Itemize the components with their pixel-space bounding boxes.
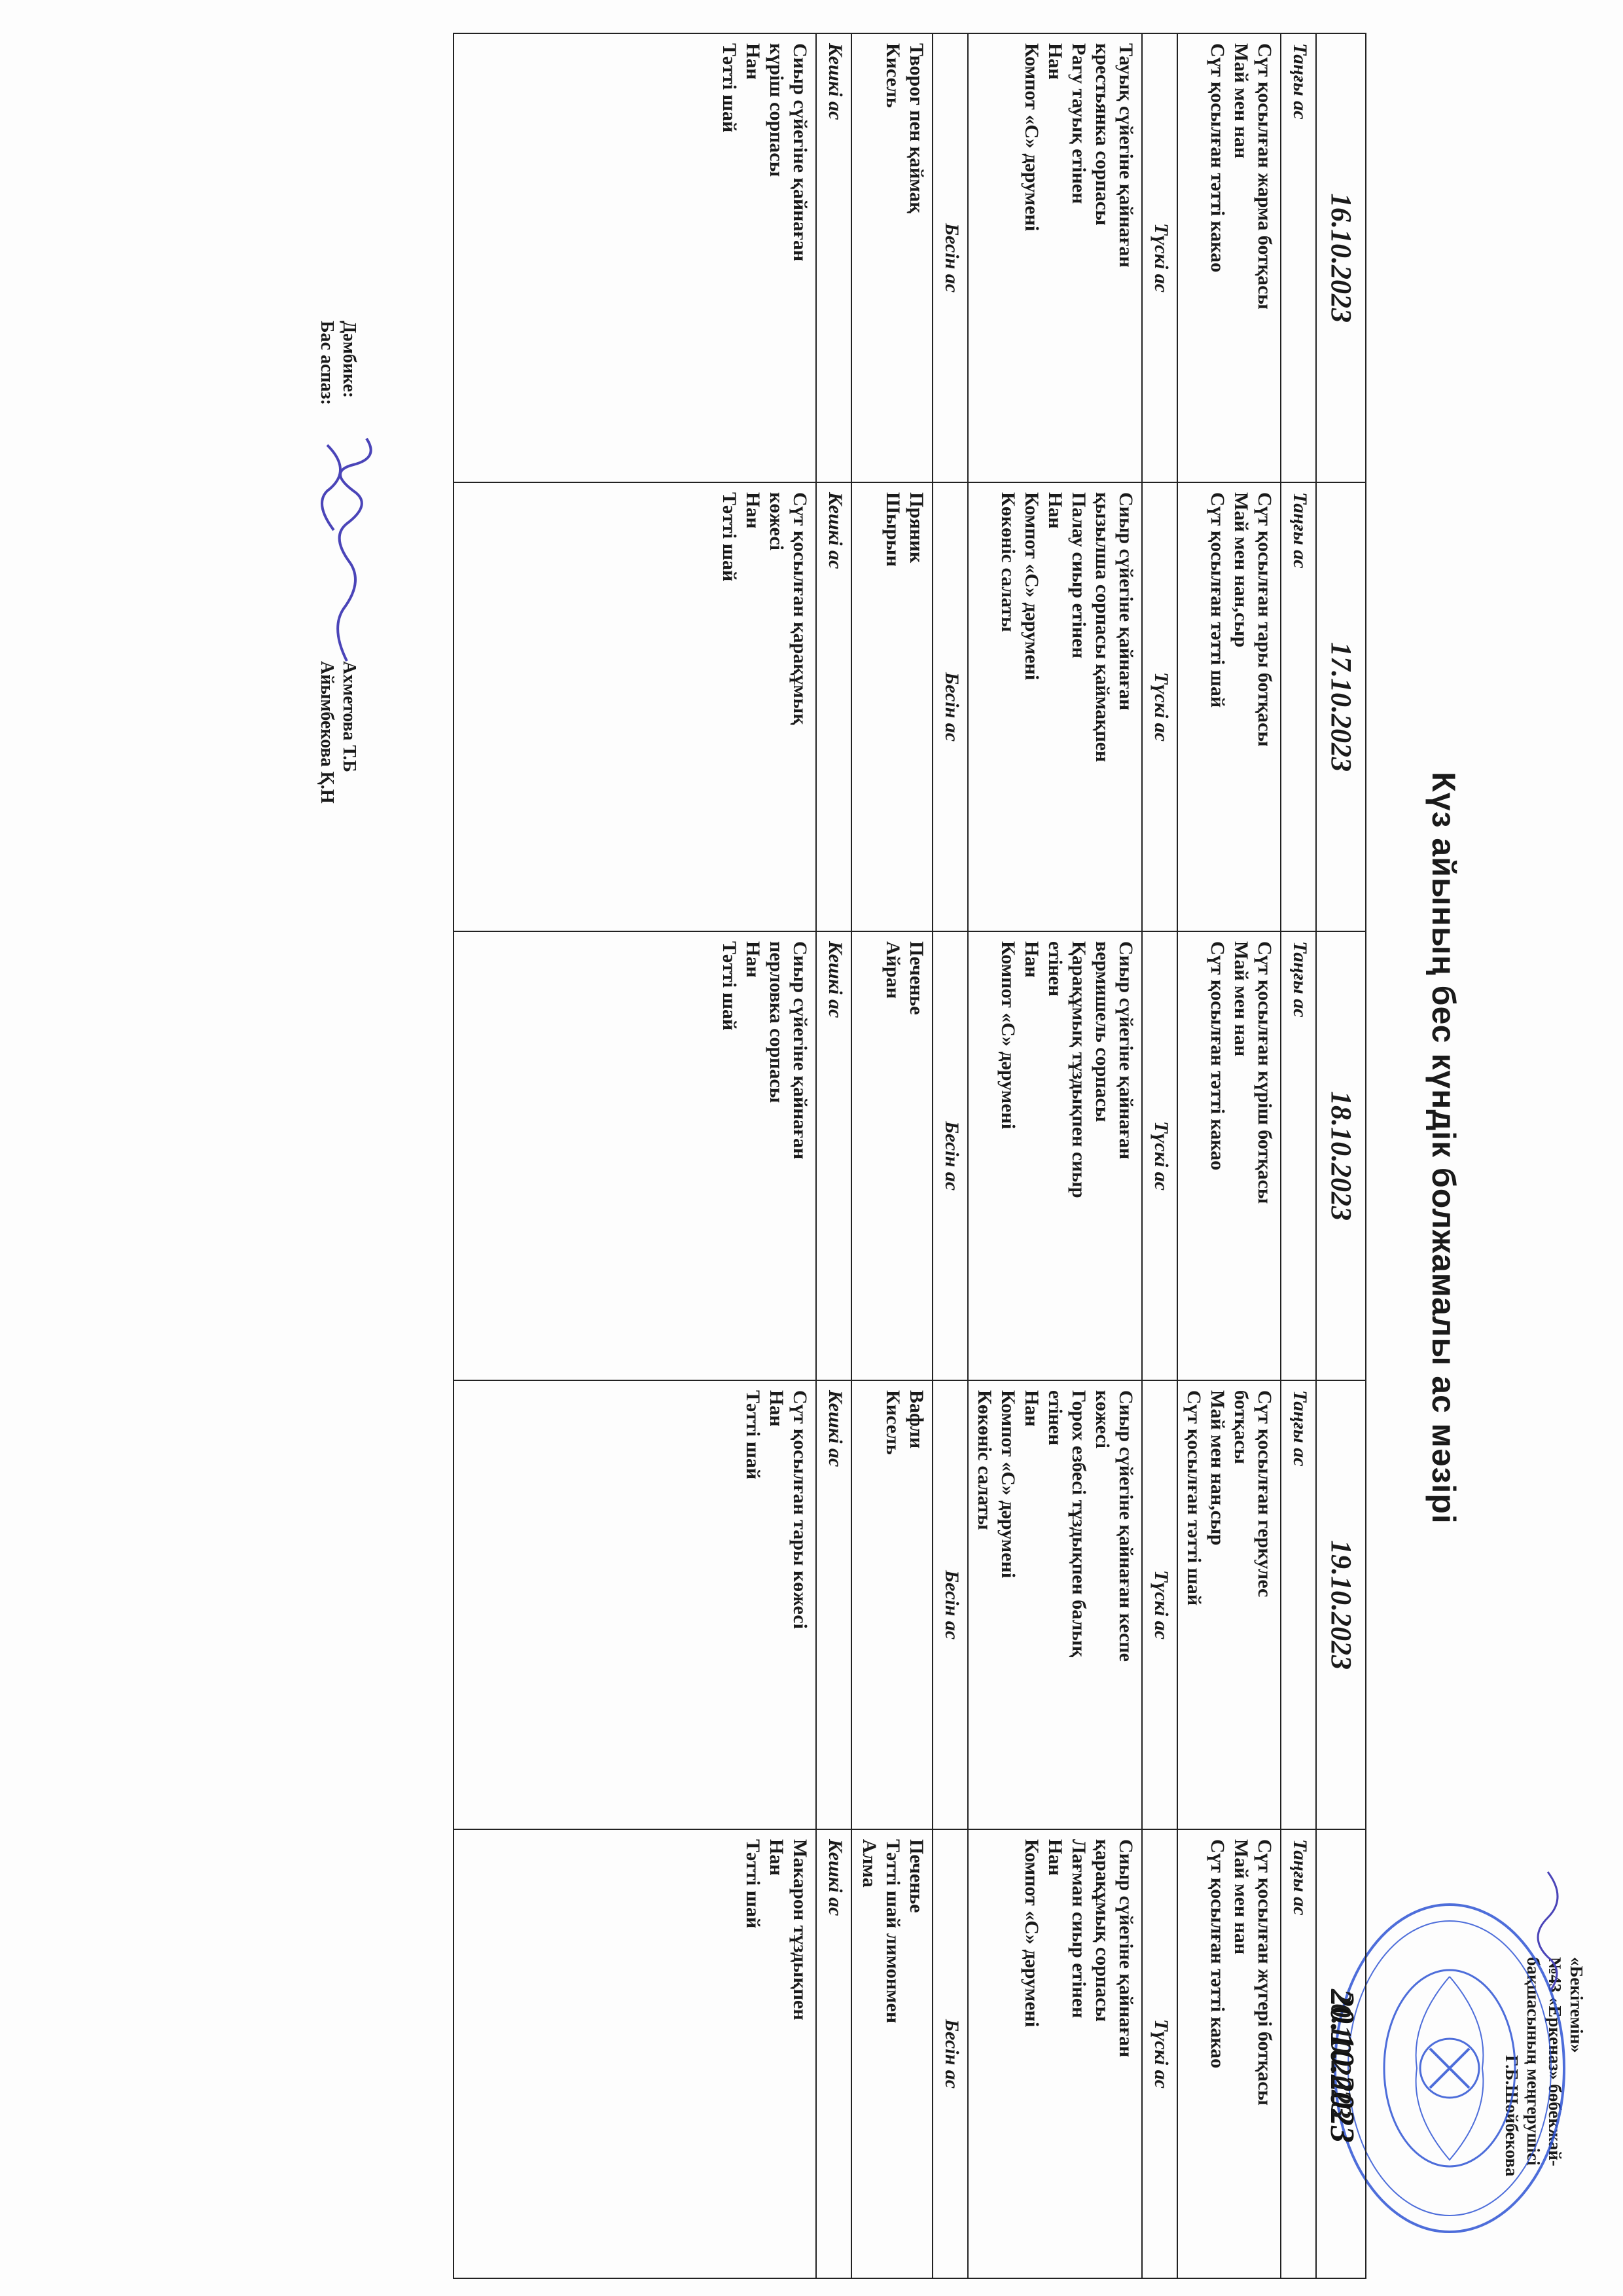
breakfast-dishes: Сүт қосылған геркулес ботқасы Май мен на… — [1177, 1380, 1281, 1829]
meal-label-breakfast: Таңғы ас — [1281, 482, 1316, 931]
snack-dishes: Печенье Айран — [851, 931, 933, 1380]
meal-label-breakfast: Таңғы ас — [1281, 1829, 1316, 2278]
breakfast-dishes: Сүт қосылған тары ботқасы Май мен нан,сы… — [1177, 482, 1281, 931]
meal-label-dinner: Кешкі ас — [816, 931, 851, 1380]
snack-row: Творог пен қаймақ Кисель Пряник Шырын Пе… — [851, 33, 933, 2278]
meal-label-lunch: Түскі ас — [1142, 931, 1177, 1380]
meal-label-dinner: Кешкі ас — [816, 482, 851, 931]
snack-dishes: Печенье Тәтті шай лимонмен Алма — [851, 1829, 933, 2278]
page-title: Күз айының бес күндік болжамалы ас мәзір… — [1425, 0, 1463, 2296]
signature-role: Дәмбике: — [338, 321, 360, 439]
dinner-dishes: Сүт қосылған тары көжесі Нан Тәтті шай — [454, 1380, 816, 1829]
snack-label-row: Бесін ас Бесін ас Бесін ас Бесін ас Бесі… — [933, 33, 968, 2278]
meal-label-snack: Бесін ас — [933, 482, 968, 931]
lunch-dishes: Сиыр сүйегіне қайнаған қызылша сорпасы қ… — [968, 482, 1142, 931]
meal-label-snack: Бесін ас — [933, 931, 968, 1380]
lunch-dishes: Тауық сүйегіне қайнаған крестьянка сорпа… — [968, 33, 1142, 482]
meal-label-breakfast: Таңғы ас — [1281, 33, 1316, 482]
meal-label-snack: Бесін ас — [933, 1829, 968, 2278]
dinner-dishes: Макарон тұздықпен Нан Тәтті шай — [454, 1829, 816, 2278]
day-date: 20.10.2023 — [1316, 1829, 1366, 2278]
meal-label-dinner: Кешкі ас — [816, 33, 851, 482]
signature-name: Айымбекова Қ.Н — [315, 661, 338, 804]
day-date: 19.10.2023 — [1316, 1380, 1366, 1829]
breakfast-label-row: Таңғы ас Таңғы ас Таңғы ас Таңғы ас Таңғ… — [1281, 33, 1316, 2278]
handwritten-signature-icon — [308, 432, 380, 668]
day-date: 16.10.2023 — [1316, 33, 1366, 482]
signature-block: Дәмбике: Ахметова Т.Б Бас аспаз: Айымбек… — [315, 321, 360, 804]
menu-document-page: «Бекітемін» №43 «Еркеназ» бөбекжай- бақш… — [0, 0, 1623, 2296]
dinner-label-row: Кешкі ас Кешкі ас Кешкі ас Кешкі ас Кешк… — [816, 33, 851, 2278]
meal-label-dinner: Кешкі ас — [816, 1380, 851, 1829]
lunch-row: Тауық сүйегіне қайнаған крестьянка сорпа… — [968, 33, 1142, 2278]
meal-label-lunch: Түскі ас — [1142, 1380, 1177, 1829]
lunch-dishes: Сиыр сүйегіне қайнаған кеспе көжесі Горо… — [968, 1380, 1142, 1829]
meal-label-breakfast: Таңғы ас — [1281, 1380, 1316, 1829]
signature-name: Ахметова Т.Б — [338, 661, 360, 772]
snack-dishes: Пряник Шырын — [851, 482, 933, 931]
meal-label-lunch: Түскі ас — [1142, 33, 1177, 482]
lunch-dishes: Сиыр сүйегіне қайнаған қарақұмық сорпасы… — [968, 1829, 1142, 2278]
meal-label-breakfast: Таңғы ас — [1281, 931, 1316, 1380]
lunch-label-row: Түскі ас Түскі ас Түскі ас Түскі ас Түск… — [1142, 33, 1177, 2278]
menu-table: 16.10.2023 17.10.2023 18.10.2023 19.10.2… — [453, 33, 1366, 2279]
meal-label-snack: Бесін ас — [933, 33, 968, 482]
meal-label-lunch: Түскі ас — [1142, 1829, 1177, 2278]
dinner-dishes: Сиыр сүйегіне қайнаған күріш сорпасы Нан… — [454, 33, 816, 482]
signature-role: Бас аспаз: — [315, 321, 338, 439]
meal-label-dinner: Кешкі ас — [816, 1829, 851, 2278]
day-date: 17.10.2023 — [1316, 482, 1366, 931]
snack-dishes: Творог пен қаймақ Кисель — [851, 33, 933, 482]
date-header-row: 16.10.2023 17.10.2023 18.10.2023 19.10.2… — [1316, 33, 1366, 2278]
breakfast-dishes: Сүт қосылған күріш ботқасы Май мен нан С… — [1177, 931, 1281, 1380]
day-date: 18.10.2023 — [1316, 931, 1366, 1380]
dinner-dishes: Сиыр сүйегіне қайнаған перловка сорпасы … — [454, 931, 816, 1380]
meal-label-snack: Бесін ас — [933, 1380, 968, 1829]
breakfast-dishes: Сүт қосылған жарма ботқасы Май мен нан С… — [1177, 33, 1281, 482]
breakfast-dishes: Сүт қосылған жүгері ботқасы Май мен нан … — [1177, 1829, 1281, 2278]
dinner-dishes: Сүт қосылған қарақұмық көжесі Нан Тәтті … — [454, 482, 816, 931]
breakfast-row: Сүт қосылған жарма ботқасы Май мен нан С… — [1177, 33, 1281, 2278]
meal-label-lunch: Түскі ас — [1142, 482, 1177, 931]
lunch-dishes: Сиыр сүйегіне қайнаған вермишель сорпасы… — [968, 931, 1142, 1380]
snack-dishes: Вафли Кисель — [851, 1380, 933, 1829]
dinner-row: Сиыр сүйегіне қайнаған күріш сорпасы Нан… — [454, 33, 816, 2278]
